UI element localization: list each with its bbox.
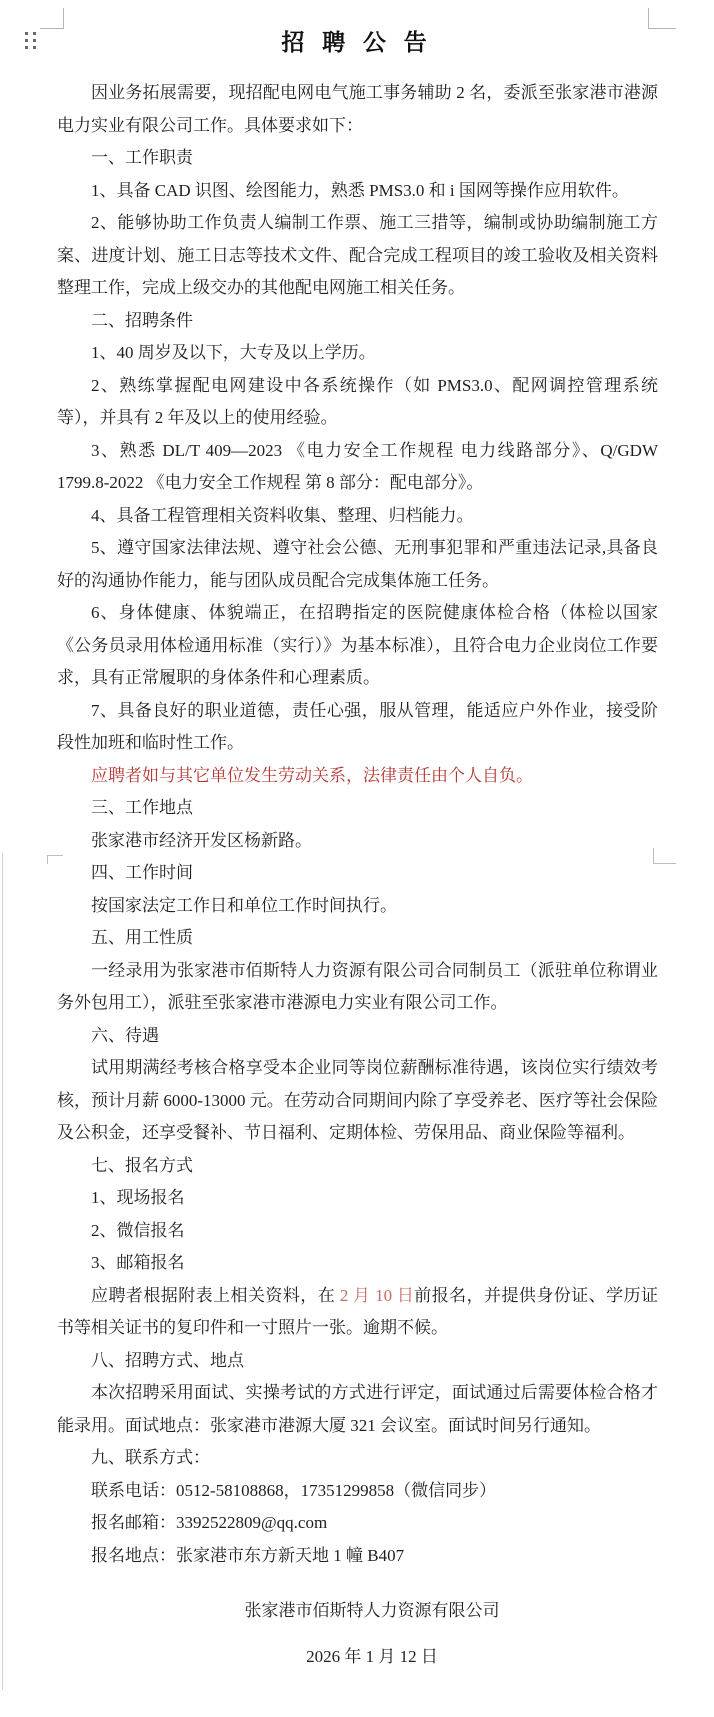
signature-block: 张家港市佰斯特人力资源有限公司 2026 年 1 月 12 日 [0,1588,714,1680]
paragraph: 2、微信报名 [57,1215,658,1248]
paragraph-text: 六、待遇 [91,1026,159,1045]
paragraph: 3、熟悉 DL/T 409—2023 《电力安全工作规程 电力线路部分》、Q/G… [57,435,658,500]
paragraph-text: 张家港市经济开发区杨新路。 [91,831,312,850]
page-edge-line [2,853,3,1690]
paragraph: 九、联系方式： [57,1442,658,1475]
paragraph: 报名地点：张家港市东方新天地 1 幢 B407 [57,1540,658,1573]
paragraph-text: 2、微信报名 [91,1221,185,1240]
paragraph-text: 八、招聘方式、地点 [91,1351,244,1370]
paragraph-text: 应聘者根据附表上相关资料，在 [91,1286,340,1305]
paragraph-text: 五、用工性质 [91,928,193,947]
paragraph-text: 2、能够协助工作负责人编制工作票、施工三措等，编制或协助编制施工方案、进度计划、… [57,213,658,297]
paragraph-text: 本次招聘采用面试、实操考试的方式进行评定，面试通过后需要体检合格才能录用。面试地… [57,1383,658,1435]
paragraph: 应聘者如与其它单位发生劳动关系，法律责任由个人自负。 [57,760,658,793]
paragraph-text: 联系电话：0512-58108868，17351299858（微信同步） [91,1481,496,1500]
paragraph-text: 1、现场报名 [91,1188,185,1207]
document-page: 招 聘 公 告 因业务拓展需要，现招配电网电气施工事务辅助 2 名，委派至张家港… [0,0,714,1717]
paragraph: 六、待遇 [57,1020,658,1053]
paragraph: 7、具备良好的职业道德，责任心强，服从管理，能适应户外作业，接受阶段性加班和临时… [57,695,658,760]
paragraph-text: 一经录用为张家港市佰斯特人力资源有限公司合同制员工（派驻单位称谓业务外包用工），… [57,961,658,1013]
paragraph: 2、能够协助工作负责人编制工作票、施工三措等，编制或协助编制施工方案、进度计划、… [57,207,658,305]
paragraph: 张家港市经济开发区杨新路。 [57,825,658,858]
paragraph: 一经录用为张家港市佰斯特人力资源有限公司合同制员工（派驻单位称谓业务外包用工），… [57,955,658,1020]
signature-date: 2026 年 1 月 12 日 [30,1634,714,1680]
paragraph: 四、工作时间 [57,857,658,890]
warning-red-text: 应聘者如与其它单位发生劳动关系，法律责任由个人自负。 [91,766,533,785]
paragraph: 6、身体健康、体貌端正，在招聘指定的医院健康体检合格（体检以国家《公务员录用体检… [57,597,658,695]
paragraph-text: 6、身体健康、体貌端正，在招聘指定的医院健康体检合格（体检以国家《公务员录用体检… [57,603,658,687]
paragraph-text: 三、工作地点 [91,798,193,817]
paragraph: 报名邮箱：3392522809@qq.com [57,1507,658,1540]
crop-mark-top-left [40,8,64,29]
paragraph-text: 因业务拓展需要，现招配电网电气施工事务辅助 2 名，委派至张家港市港源电力实业有… [57,83,658,135]
paragraph-text: 1、40 周岁及以下，大专及以上学历。 [91,343,376,362]
paragraph: 1、40 周岁及以下，大专及以上学历。 [57,337,658,370]
paragraph-text: 4、具备工程管理相关资料收集、整理、归档能力。 [91,506,474,525]
paragraph: 三、工作地点 [57,792,658,825]
paragraph: 按国家法定工作日和单位工作时间执行。 [57,890,658,923]
paragraph-text: 九、联系方式： [91,1448,210,1467]
paragraph: 八、招聘方式、地点 [57,1345,658,1378]
paragraph: 七、报名方式 [57,1150,658,1183]
paragraph-text: 报名地点：张家港市东方新天地 1 幢 B407 [91,1546,404,1565]
paragraph: 因业务拓展需要，现招配电网电气施工事务辅助 2 名，委派至张家港市港源电力实业有… [57,77,658,142]
page-title: 招 聘 公 告 [0,24,714,57]
paragraph-text: 7、具备良好的职业道德，责任心强，服从管理，能适应户外作业，接受阶段性加班和临时… [57,701,658,753]
paragraph: 一、工作职责 [57,142,658,175]
paragraph-text: 3、邮箱报名 [91,1253,185,1272]
document-body: 因业务拓展需要，现招配电网电气施工事务辅助 2 名，委派至张家港市港源电力实业有… [0,77,714,1572]
paragraph: 应聘者根据附表上相关资料，在 2 月 10 日前报名，并提供身份证、学历证书等相… [57,1280,658,1345]
paragraph-text: 报名邮箱：3392522809@qq.com [91,1513,327,1532]
paragraph-text: 3、熟悉 DL/T 409—2023 《电力安全工作规程 电力线路部分》、Q/G… [57,441,658,493]
paragraph: 3、邮箱报名 [57,1247,658,1280]
crop-mark-top-right [648,8,676,29]
paragraph: 五、用工性质 [57,922,658,955]
crop-mark-mid-left [47,855,63,864]
paragraph-text: 按国家法定工作日和单位工作时间执行。 [91,896,397,915]
paragraph-text: 二、招聘条件 [91,311,193,330]
deadline-date-text: 2 月 10 日 [340,1286,414,1305]
paragraph-text: 四、工作时间 [91,863,193,882]
paragraph: 联系电话：0512-58108868，17351299858（微信同步） [57,1475,658,1508]
paragraph: 试用期满经考核合格享受本企业同等岗位薪酬标准待遇，该岗位实行绩效考核，预计月薪 … [57,1052,658,1150]
paragraph: 1、现场报名 [57,1182,658,1215]
paragraph-text: 试用期满经考核合格享受本企业同等岗位薪酬标准待遇，该岗位实行绩效考核，预计月薪 … [57,1058,658,1142]
paragraph: 1、具备 CAD 识图、绘图能力，熟悉 PMS3.0 和 i 国网等操作应用软件… [57,175,658,208]
paragraph-text: 七、报名方式 [91,1156,193,1175]
signature-company: 张家港市佰斯特人力资源有限公司 [30,1588,714,1634]
crop-mark-mid-right [653,848,676,864]
paragraph: 二、招聘条件 [57,305,658,338]
paragraph-text: 2、熟练掌握配电网建设中各系统操作（如 PMS3.0、配网调控管理系统等），并具… [57,376,658,428]
paragraph: 2、熟练掌握配电网建设中各系统操作（如 PMS3.0、配网调控管理系统等），并具… [57,370,658,435]
paragraph: 5、遵守国家法律法规、遵守社会公德、无刑事犯罪和严重违法记录,具备良好的沟通协作… [57,532,658,597]
paragraph: 4、具备工程管理相关资料收集、整理、归档能力。 [57,500,658,533]
paragraph-text: 一、工作职责 [91,148,193,167]
paragraph-text: 5、遵守国家法律法规、遵守社会公德、无刑事犯罪和严重违法记录,具备良好的沟通协作… [57,538,658,590]
paragraph: 本次招聘采用面试、实操考试的方式进行评定，面试通过后需要体检合格才能录用。面试地… [57,1377,658,1442]
drag-handle-icon[interactable] [25,32,37,50]
paragraph-text: 1、具备 CAD 识图、绘图能力，熟悉 PMS3.0 和 i 国网等操作应用软件… [91,181,629,200]
